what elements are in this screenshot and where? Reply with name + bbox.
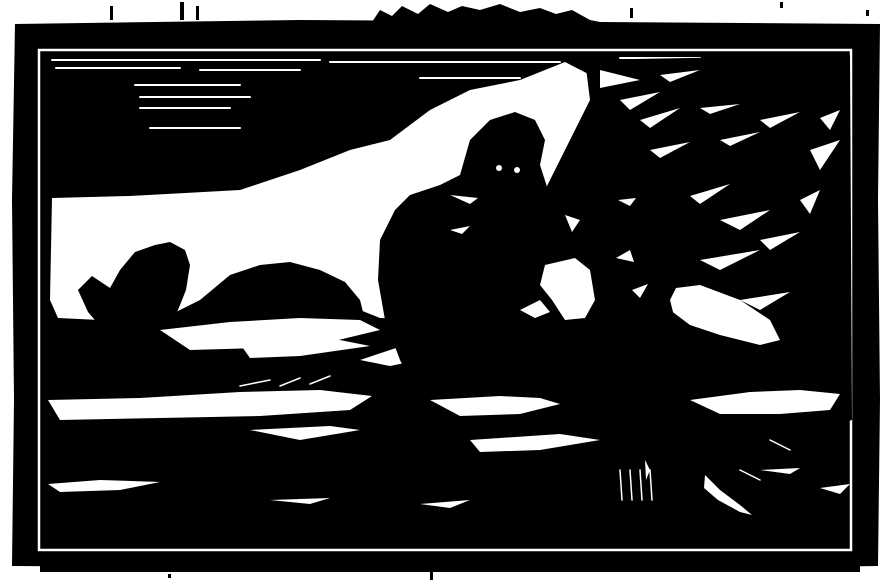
woodcut-illustration — [0, 0, 888, 585]
